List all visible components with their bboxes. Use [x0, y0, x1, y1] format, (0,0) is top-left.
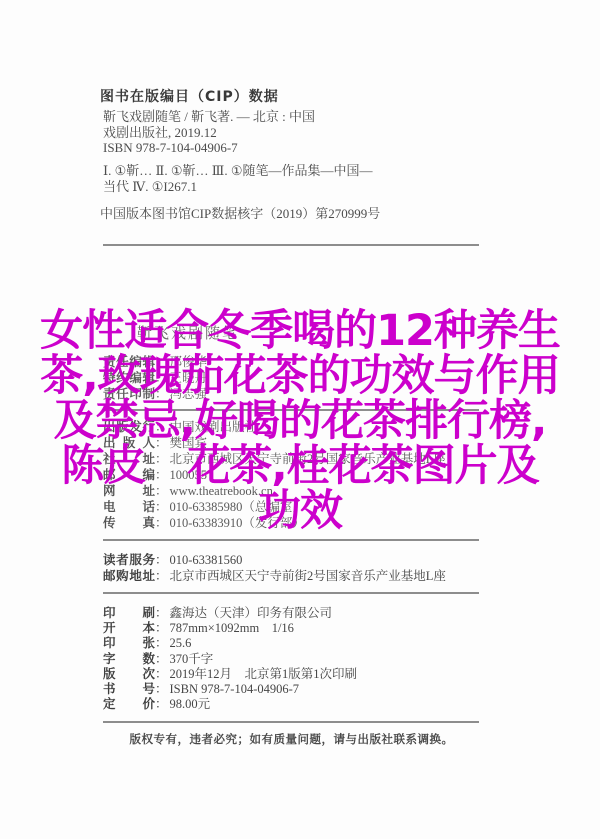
row-label: 字数	[103, 651, 155, 666]
cip-description-line: 靳飞戏剧随笔 / 靳飞著. — 北京 : 中国	[103, 109, 315, 125]
row-value: 鑫海达（天津）印务有限公司	[170, 606, 333, 620]
label-colon: ：	[155, 606, 168, 620]
copyright-notice: 版权专有，违者必究；如有质量问题，请与出版社联系调换。	[103, 731, 480, 747]
cip-record-number: 中国版本图书馆CIP数据核字（2019）第270999号	[100, 203, 380, 222]
row-label: 印刷	[103, 605, 155, 620]
row-value: 010-63381560	[170, 553, 243, 567]
row-label: 邮购地址	[103, 568, 155, 584]
label-colon: ：	[155, 667, 168, 681]
cip-description-line: ISBN 978-7-104-04906-7	[103, 140, 315, 156]
label-colon: ：	[155, 621, 168, 635]
row-value: 25.6	[170, 636, 192, 650]
row-value: 787mm×1092mm 1/16	[170, 621, 294, 635]
colophon-row: 字数：370千字	[103, 651, 357, 666]
headline-overlay: 女性适合冬季喝的12种养生茶,玫瑰茄花茶的功效与作用及禁忌,好喝的花茶排行榜,陈…	[0, 309, 600, 534]
row-label: 版次	[103, 666, 155, 681]
row-label: 定价	[103, 696, 155, 711]
label-colon: ：	[155, 697, 168, 711]
headline-overlay-line: 功效	[0, 489, 600, 534]
divider-rule	[103, 244, 479, 246]
colophon-row: 读者服务：010-63381560	[103, 552, 446, 568]
row-label: 书号	[103, 681, 155, 696]
divider-rule	[103, 592, 479, 594]
divider-rule	[103, 721, 479, 723]
row-value: 98.00元	[170, 697, 211, 711]
colophon-row: 版次：2019年12月 北京第1版第1次印刷	[103, 666, 357, 681]
reader-service-block: 读者服务：010-63381560 邮购地址：北京市西城区天宁寺前街2号国家音乐…	[103, 552, 446, 584]
colophon-row: 印张：25.6	[103, 635, 357, 650]
divider-rule	[103, 539, 479, 541]
cip-description-line: 戏剧出版社, 2019.12	[103, 125, 315, 141]
label-colon: ：	[155, 682, 168, 696]
headline-overlay-line: 茶,玫瑰茄花茶的功效与作用	[0, 354, 600, 399]
colophon-row: 开本：787mm×1092mm 1/16	[103, 620, 357, 635]
colophon-row: 邮购地址：北京市西城区天宁寺前街2号国家音乐产业基地L座	[103, 568, 446, 584]
row-value: ISBN 978-7-104-04906-7	[170, 682, 300, 696]
label-colon: ：	[155, 636, 168, 650]
label-colon: ：	[155, 652, 168, 666]
colophon-row: 印刷：鑫海达（天津）印务有限公司	[103, 605, 357, 620]
headline-overlay-line: 陈皮 花茶,桂花茶图片及	[0, 444, 600, 489]
cip-classification: Ⅰ. ①靳… Ⅱ. ①靳… Ⅲ. ①随笔—作品集—中国—当代 Ⅳ. ①I267.…	[103, 163, 372, 194]
label-colon: ：	[155, 553, 168, 567]
colophon-row: 定价：98.00元	[103, 696, 357, 711]
headline-overlay-line: 及禁忌,好喝的花茶排行榜,	[0, 399, 600, 444]
row-label: 开本	[103, 620, 155, 635]
scanned-book-page: { "separator": "：", "colors": { "overlay…	[0, 0, 600, 839]
row-value: 370千字	[170, 652, 214, 666]
cip-classification-line: 当代 Ⅳ. ①I267.1	[103, 179, 372, 195]
cip-heading: 图书在版编目（CIP）数据	[100, 86, 279, 106]
row-label: 印张	[103, 635, 155, 650]
cip-classification-line: Ⅰ. ①靳… Ⅱ. ①靳… Ⅲ. ①随笔—作品集—中国—	[103, 163, 372, 179]
cip-description: 靳飞戏剧随笔 / 靳飞著. — 北京 : 中国戏剧出版社, 2019.12ISB…	[103, 109, 315, 156]
row-value: 北京市西城区天宁寺前街2号国家音乐产业基地L座	[170, 569, 446, 583]
colophon-row: 书号：ISBN 978-7-104-04906-7	[103, 681, 357, 696]
printing-block: 印刷：鑫海达（天津）印务有限公司 开本：787mm×1092mm 1/16 印张…	[103, 605, 357, 711]
row-label: 读者服务	[103, 552, 155, 568]
headline-overlay-line: 女性适合冬季喝的12种养生	[0, 309, 600, 354]
row-value: 2019年12月 北京第1版第1次印刷	[170, 667, 358, 681]
label-colon: ：	[155, 569, 168, 583]
